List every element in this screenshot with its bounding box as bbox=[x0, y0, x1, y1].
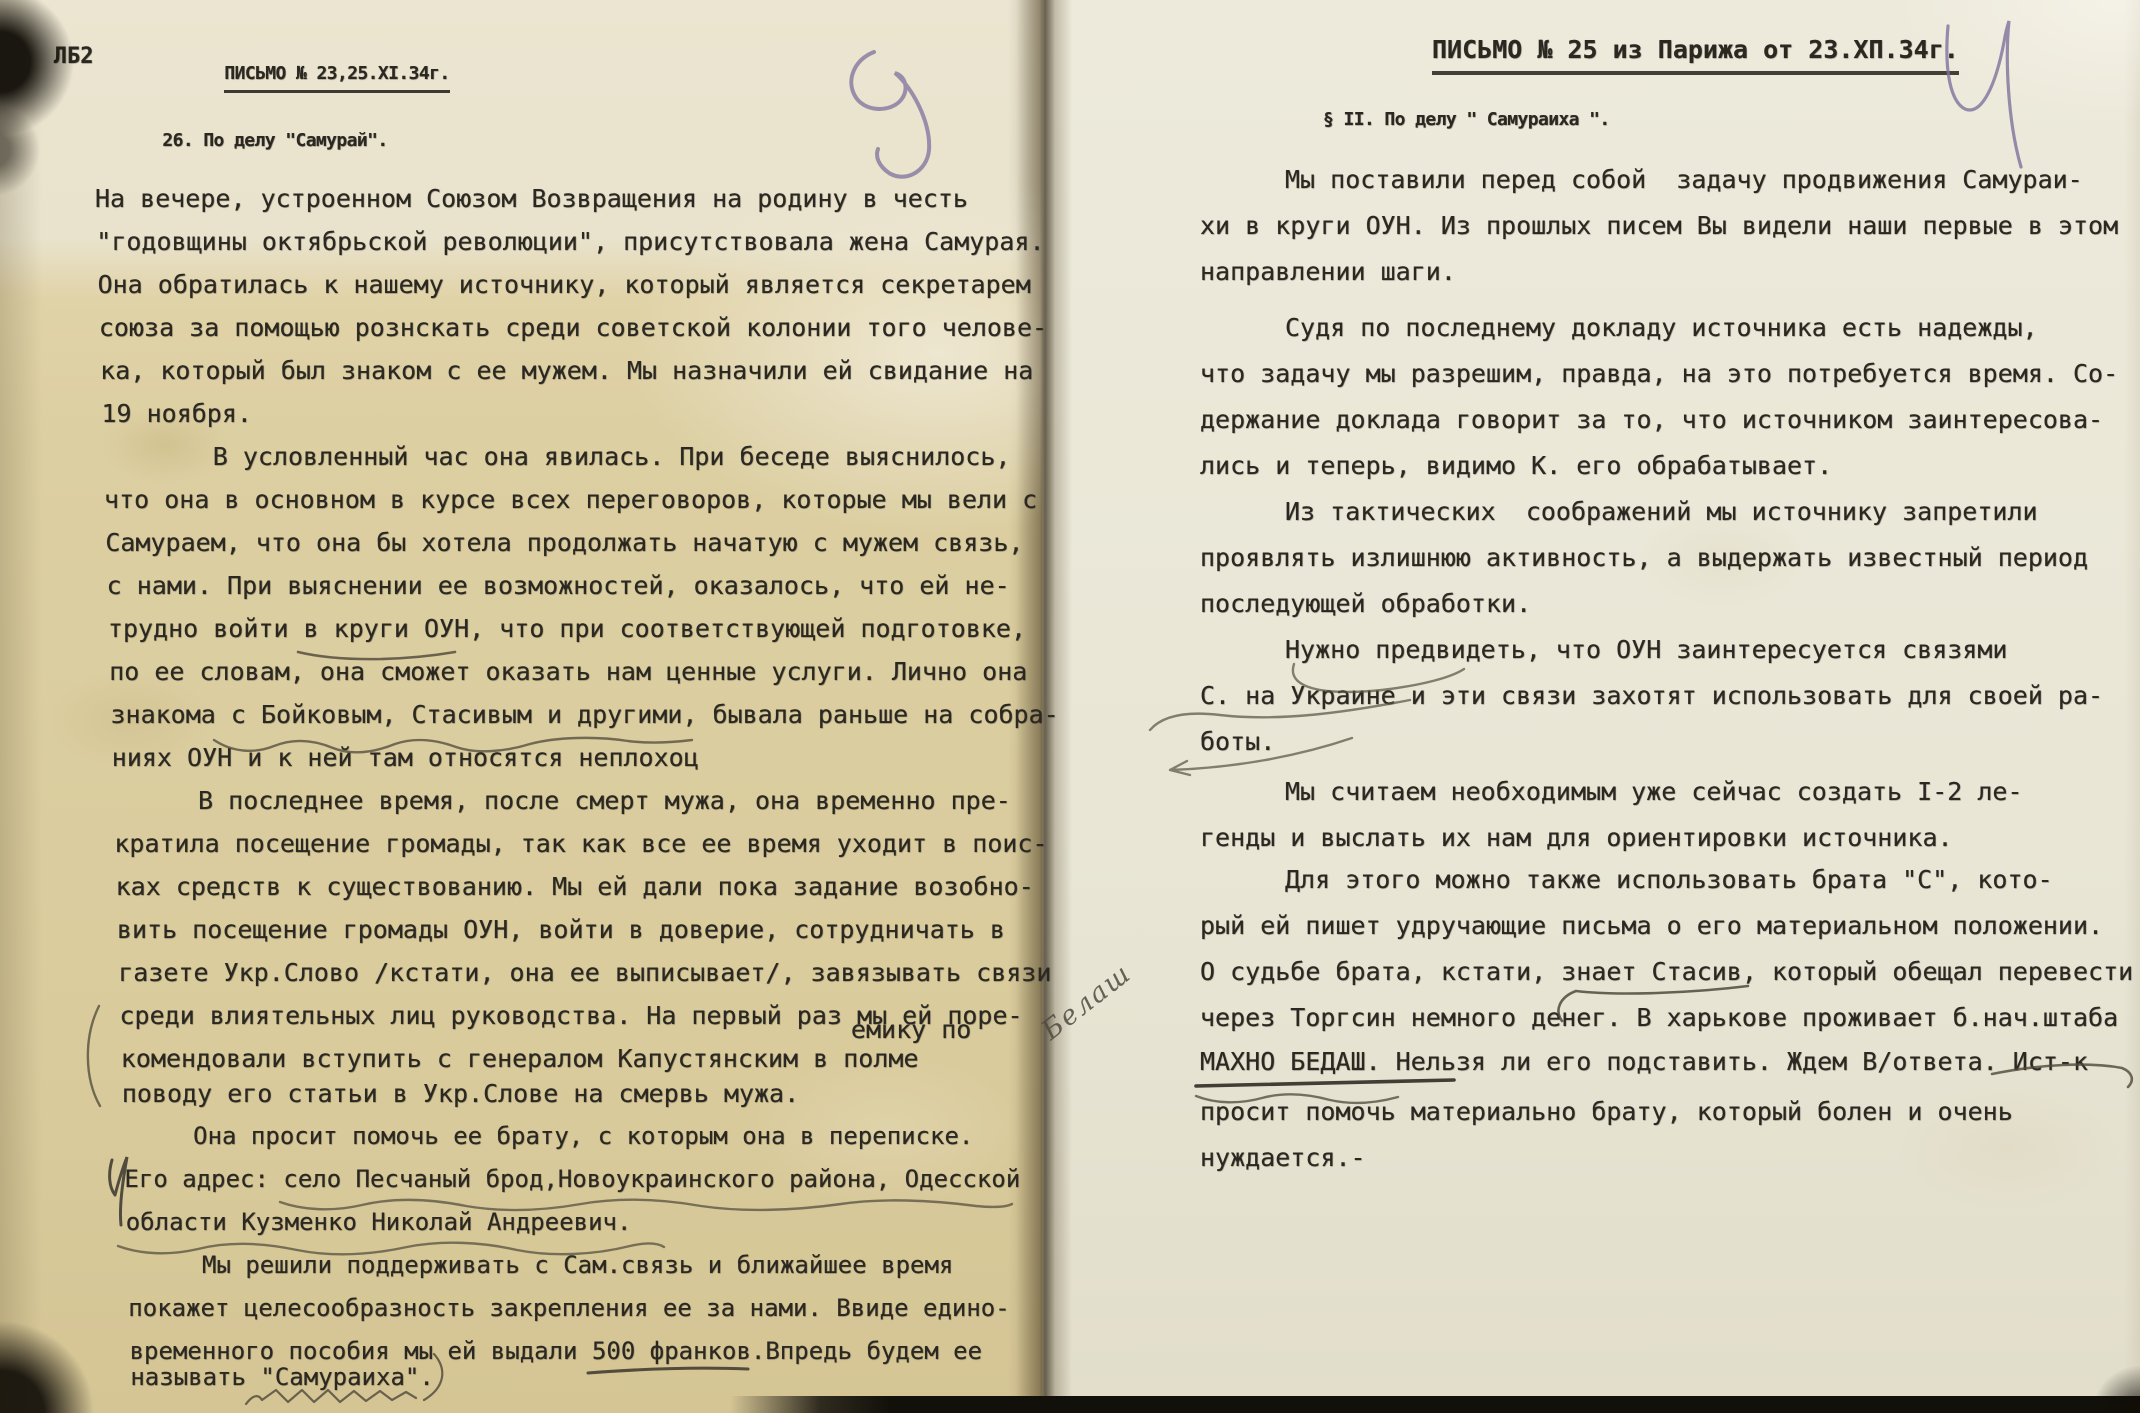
typed-line: нуждается.- bbox=[1200, 1144, 1366, 1173]
typed-line: последующей обработки. bbox=[1200, 590, 1531, 619]
typed-line: лись и теперь, видимо К. его обрабатывае… bbox=[1200, 452, 1832, 481]
document-scan: ЛБ2ПИСЬМО № 23,25.XI.34г.26. По делу "Са… bbox=[0, 0, 2140, 1413]
typed-line: просит помочь материально брату, который… bbox=[1200, 1098, 2013, 1127]
typed-line: генды и выслать их нам для ориентировки … bbox=[1200, 824, 1953, 853]
typed-line: Из тактических соображений мы источнику … bbox=[1285, 498, 2038, 527]
typed-line: МАХНО БЕДАШ. Нельзя ли его подставить. Ж… bbox=[1200, 1048, 2088, 1077]
typed-line: проявлять излишнюю активность, а выдержа… bbox=[1200, 544, 2088, 573]
typed-line: Мы поставили перед собой задачу продвиже… bbox=[1285, 166, 2083, 195]
typed-line: Судя по последнему докладу источника ест… bbox=[1285, 314, 2038, 343]
typed-line: держание доклада говорит за то, что исто… bbox=[1200, 406, 2103, 435]
typed-line: О судьбе брата, кстати, знает Стасив, ко… bbox=[1200, 958, 2133, 987]
typed-line: боты. bbox=[1200, 728, 1275, 757]
right-page-typed-text: ПИСЬМО № 25 из Парижа от 23.ХП.34г.§ II.… bbox=[0, 0, 2140, 1413]
right-title: ПИСЬМО № 25 из Парижа от 23.ХП.34г. bbox=[1432, 36, 1959, 75]
typed-line: направлении шаги. bbox=[1200, 258, 1456, 287]
typed-line: С. на Украине и эти связи захотят исполь… bbox=[1200, 682, 2103, 711]
typed-line: Мы считаем необходимым уже сейчас создат… bbox=[1285, 778, 2023, 807]
typed-line: что задачу мы разрешим, правда, на это п… bbox=[1200, 360, 2118, 389]
right-heading: § II. По делу " Самураиха ". bbox=[1323, 110, 1610, 131]
typed-line: Для этого можно также использовать брата… bbox=[1285, 866, 2053, 895]
typed-line: через Торгсин немного денег. В харькове … bbox=[1200, 1004, 2118, 1033]
typed-line: рый ей пишет удручающие письма о его мат… bbox=[1200, 912, 2103, 941]
typed-line: хи в круги ОУН. Из прошлых писем Вы виде… bbox=[1200, 212, 2118, 241]
typed-line: Нужно предвидеть, что ОУН заинтересуется… bbox=[1285, 636, 2007, 665]
